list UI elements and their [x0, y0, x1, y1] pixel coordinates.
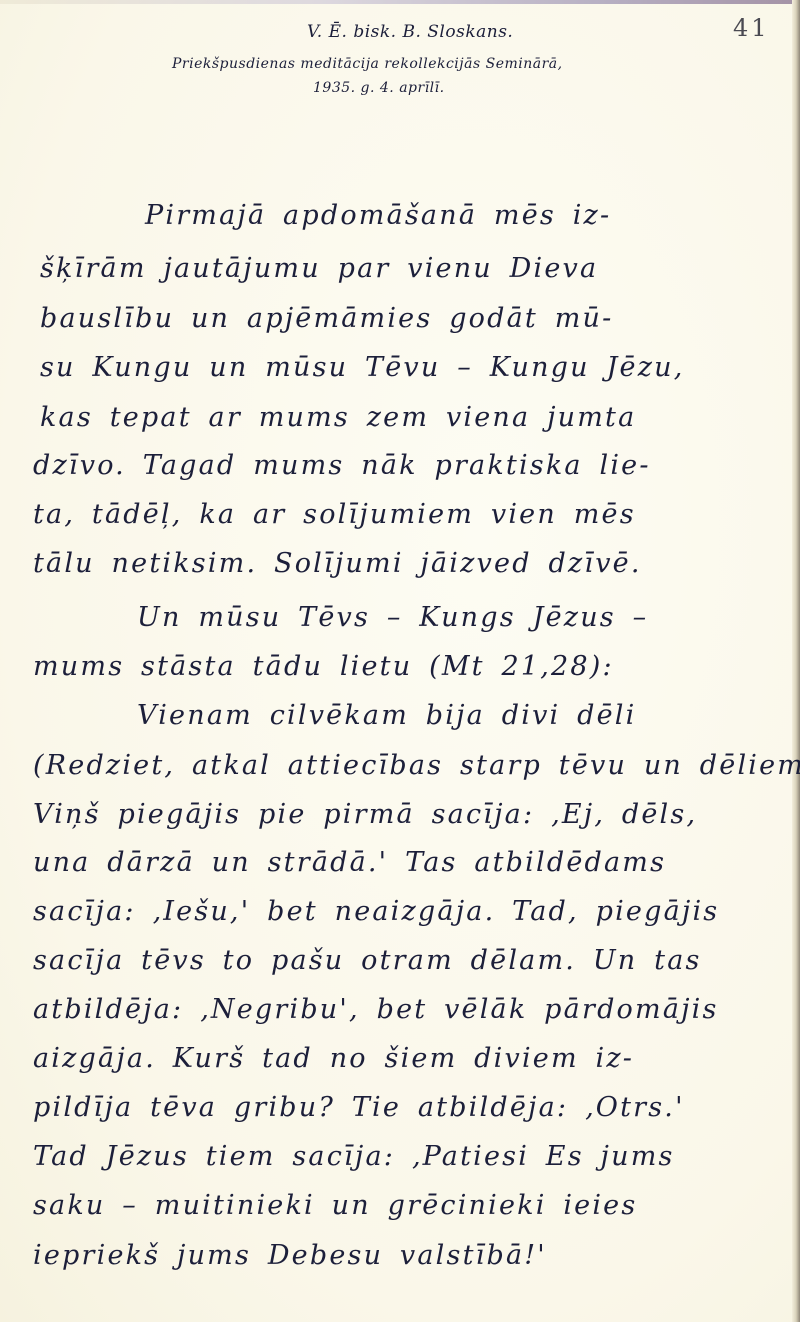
text-line: Un mūsu Tēvs – Kungs Jēzus – — [137, 602, 648, 633]
text-line: Viņš piegājis pie pirmā sacīja: ‚Ej, dēl… — [33, 799, 697, 830]
text-line: aizgāja. Kurš tad no šiem diviem iz- — [33, 1043, 634, 1074]
page-top-edge — [0, 0, 800, 4]
text-line: dzīvo. Tagad mums nāk praktiska lie- — [33, 450, 651, 481]
text-line: atbildēja: ‚Negribu', bet vēlāk pārdomāj… — [33, 994, 719, 1025]
text-line: pildīja tēva gribu? Tie atbildēja: ‚Otrs… — [33, 1092, 685, 1123]
text-line: ta, tādēļ, ka ar solījumiem vien mēs — [33, 499, 636, 530]
text-line: sacīja: ‚Iešu,' bet neaizgāja. Tad, pieg… — [33, 896, 719, 927]
text-line: Pirmajā apdomāšanā mēs iz- — [145, 200, 611, 231]
text-line: saku – muitinieki un grēcinieki ieies — [33, 1190, 637, 1221]
text-line: (Redziet, atkal attiecības starp tēvu un… — [33, 750, 800, 781]
text-line: bauslību un apjēmāmies godāt mū- — [40, 303, 613, 334]
header-date: 1935. g. 4. aprīlī. — [313, 80, 445, 96]
text-line: kas tepat ar mums zem viena jumta — [40, 402, 636, 433]
page-binding-edge — [792, 0, 800, 1322]
text-line: sacīja tēvs to pašu otram dēlam. Un tas — [33, 945, 702, 976]
text-line: su Kungu un mūsu Tēvu – Kungu Jēzu, — [40, 352, 685, 383]
text-line: Tad Jēzus tiem sacīja: ‚Patiesi Es jums — [33, 1141, 675, 1172]
text-line: mums stāsta tādu lietu (Mt 21,28): — [33, 651, 614, 682]
text-line: Vienam cilvēkam bija divi dēli — [137, 700, 636, 731]
text-line: iepriekš jums Debesu valstībā!' — [33, 1240, 547, 1271]
text-line: una dārzā un strādā.' Tas atbildēdams — [33, 847, 666, 878]
page-number: 41 — [733, 14, 770, 42]
text-line: tālu netiksim. Solījumi jāizved dzīvē. — [33, 548, 642, 579]
manuscript-page: V. Ē. bisk. B. Sloskans. 41 Priekšpusdie… — [0, 0, 800, 1322]
header-subtitle: Priekšpusdienas meditācija rekollekcijās… — [172, 56, 563, 72]
text-line: šķīrām jautājumu par vienu Dieva — [40, 253, 598, 284]
header-author: V. Ē. bisk. B. Sloskans. — [307, 22, 513, 42]
